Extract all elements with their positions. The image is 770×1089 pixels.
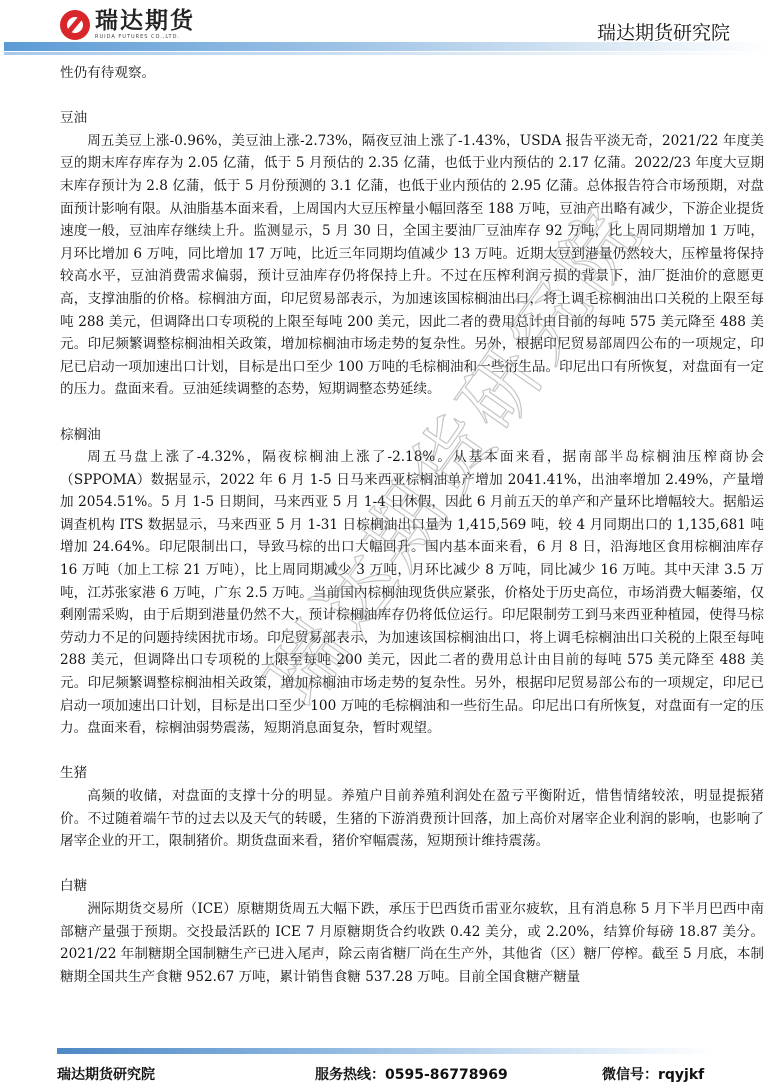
section-title-palm-oil: 棕榈油 <box>60 424 764 447</box>
page-footer: 瑞达期货研究院 服务热线：0595-86778969 微信号：rqyjkf <box>57 1064 737 1084</box>
footer-divider-band <box>57 1048 713 1054</box>
header-divider-band <box>4 42 770 51</box>
page-header: 瑞达期货 RUIDA FUTURES CO.,LTD. 瑞达期货研究院 <box>0 0 770 60</box>
footer-org: 瑞达期货研究院 <box>57 1064 155 1084</box>
section-title-soybean-oil: 豆油 <box>60 107 764 130</box>
section-title-live-hogs: 生猪 <box>60 762 764 785</box>
section-text-palm-oil: 周五马盘上涨了-4.32%，隔夜棕榈油上涨了-2.18%。从基本面来看，据南部半… <box>60 446 764 740</box>
footer-wechat: 微信号：rqyjkf <box>602 1064 704 1084</box>
lead-in-text: 性仍有待观察。 <box>60 62 764 85</box>
footer-hotline: 服务热线：0595-86778969 <box>315 1064 508 1084</box>
report-body: 性仍有待观察。 豆油 周五美豆上涨-0.96%，美豆油上涨-2.73%，隔夜豆油… <box>60 62 764 988</box>
section-text-white-sugar: 洲际期货交易所（ICE）原糖期货周五大幅下跌，承压于巴西货币雷亚尔疲软，且有消息… <box>60 898 764 988</box>
company-logo: 瑞达期货 RUIDA FUTURES CO.,LTD. <box>60 7 195 43</box>
header-title: 瑞达期货研究院 <box>597 18 730 45</box>
logo-english-name: RUIDA FUTURES CO.,LTD. <box>95 35 195 40</box>
logo-mark-icon <box>60 10 90 40</box>
header-divider-thin <box>4 52 770 55</box>
logo-chinese-name: 瑞达期货 <box>95 10 195 33</box>
section-text-live-hogs: 高频的收储，对盘面的支撑十分的明显。养殖户目前养殖利润处在盈亏平衡附近，惜售情绪… <box>60 785 764 853</box>
section-title-white-sugar: 白糖 <box>60 875 764 898</box>
section-text-soybean-oil: 周五美豆上涨-0.96%，美豆油上涨-2.73%，隔夜豆油上涨了-1.43%，U… <box>60 130 764 401</box>
